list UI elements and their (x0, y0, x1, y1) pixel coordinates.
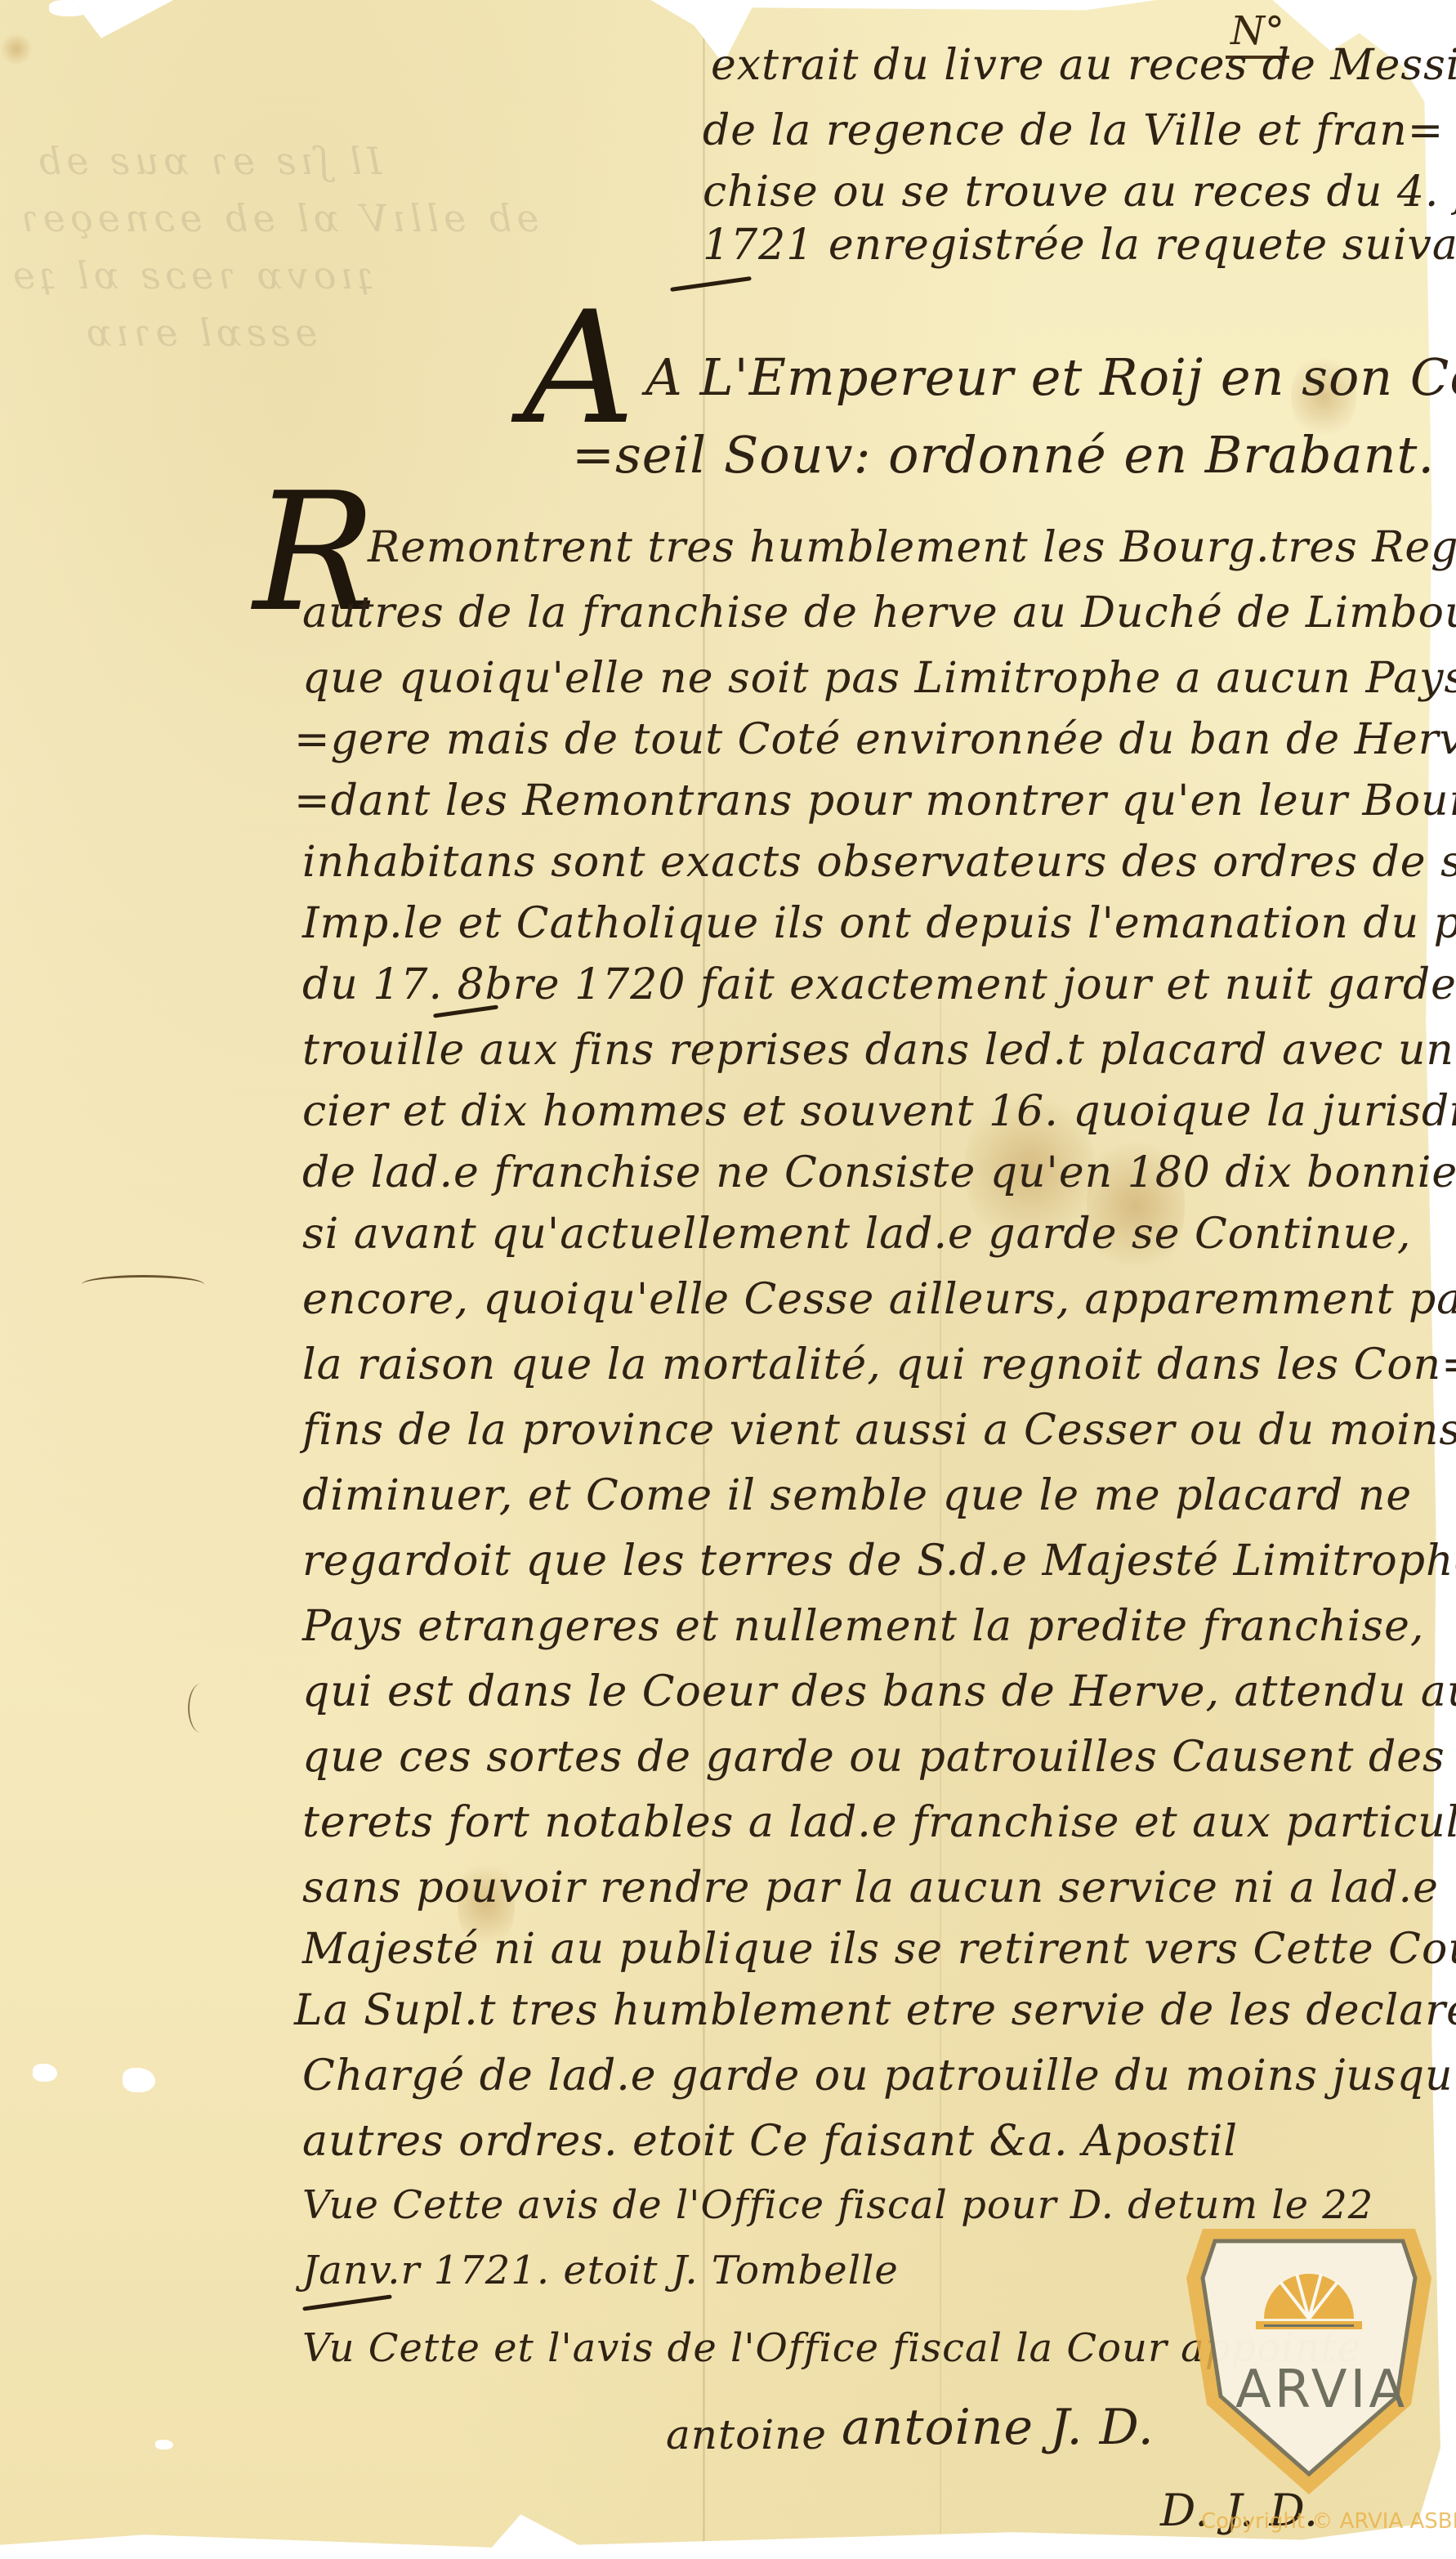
body-line: fins de la province vient aussi a Cesser… (302, 1406, 1456, 1455)
margin-flourish (188, 1684, 214, 1733)
signature: antoine (666, 2411, 827, 2458)
body-line: que ces sortes de garde ou patrouilles C… (302, 1733, 1456, 1782)
body-line: =dant les Remontrans pour montrer qu'en … (294, 776, 1456, 825)
body-line: Majesté ni au publique ils se retirent v… (302, 1925, 1456, 1974)
paper-hole (33, 2064, 57, 2082)
bleed-through-text: Ιl ʃıƨ ɘɿ ɒuƨ ɘb (33, 139, 382, 183)
body-line: si avant qu'actuellement lad.e garde se … (302, 1210, 1411, 1259)
body-line: sans pouvoir rendre par la aucun service… (302, 1863, 1439, 1913)
body-line: encore, quoiqu'elle Cesse ailleurs, appa… (302, 1275, 1456, 1324)
header-line: extrait du livre au reces de Messieurs (711, 41, 1456, 90)
body-line: autres de la franchise de herve au Duché… (302, 588, 1456, 638)
body-line: Remontrent tres humblement les Bourg.tre… (368, 523, 1456, 572)
body-line: cier et dix hommes et souvent 16. quoiqu… (302, 1087, 1456, 1136)
copyright-notice: Copyright © ARVIA ASBL (1201, 2509, 1456, 2534)
stain (0, 33, 33, 65)
bleed-through-text: ɘb ɘllıV ɒl ɘb ɘɔnɘǫɘɿ (16, 196, 539, 240)
title-line: A L'Empereur et Roij en son Con= (645, 347, 1456, 407)
body-line: Chargé de lad.e garde ou patrouille du m… (302, 2051, 1456, 2100)
body-line: autres ordres. etoit Ce faisant &a. Apos… (302, 2117, 1238, 2166)
paper-hole (155, 2440, 173, 2449)
body-line: la raison que la mortalité, qui regnoit … (302, 1340, 1456, 1389)
header-line: chise ou se trouve au reces du 4. fev (703, 168, 1456, 217)
body-line: terets fort notables a lad.e franchise e… (302, 1798, 1456, 1847)
body-line: Imp.le et Catholique ils ont depuis l'em… (302, 899, 1456, 948)
title-line: =seil Souv: ordonné en Brabant. (572, 425, 1435, 485)
body-line: de lad.e franchise ne Consiste qu'en 180… (302, 1148, 1456, 1197)
body-line: inhabitans sont exacts observateurs des … (302, 838, 1456, 887)
body-line: que quoiqu'elle ne soit pas Limitrophe a… (302, 654, 1456, 703)
body-line: Pays etrangeres et nullement la predite … (302, 1602, 1424, 1651)
paper-hole (123, 2068, 155, 2092)
body-line: trouille aux fins reprises dans led.t pl… (302, 1026, 1456, 1075)
body-line: =gere mais de tout Coté environnée du ba… (294, 715, 1456, 764)
header-line: 1721 enregistrée la requete suivante (703, 221, 1456, 270)
paper-hole (49, 0, 90, 16)
body-line: du 17. 8bre 1720 fait exactement jour et… (302, 960, 1456, 1009)
shield-logo-icon (1186, 2217, 1431, 2501)
bleed-through-text: ʇıovɒ ɿɘɔƨ ɒl ʇɘ (8, 253, 373, 298)
body-line: diminuer, et Come il semble que le me pl… (302, 1471, 1412, 1520)
body-line: La Supl.t tres humblement etre servie de… (294, 1986, 1456, 2035)
signature: antoine J. D. (842, 2399, 1155, 2456)
bleed-through-text: ɘƨƨɒl ɘɿıɒ (82, 311, 318, 355)
body-line: qui est dans le Coeur des bans de Herve,… (302, 1667, 1456, 1716)
margin-flourish (82, 1275, 204, 1294)
closing-line: Janv.r 1721. etoit J. Tombelle (302, 2248, 899, 2293)
header-line: de la regence de la Ville et fran= (703, 106, 1444, 155)
arvia-watermark: ARVIA (1186, 2217, 1431, 2501)
body-line: regardoit que les terres de S.d.e Majest… (302, 1537, 1456, 1586)
watermark-brand: ARVIA (1235, 2360, 1408, 2420)
